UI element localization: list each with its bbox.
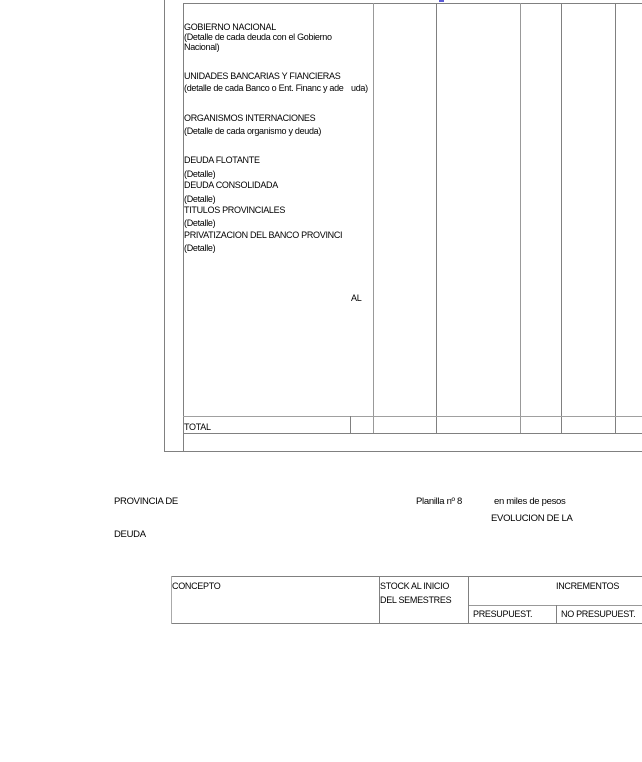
row-titulos-title: TITULOS PROVINCIALES: [184, 205, 285, 215]
stock-header-line1: STOCK AL INICIO: [380, 581, 449, 591]
row-privatizacion-title: PRIVATIZACION DEL BANCO PROVINCI: [184, 230, 342, 240]
no-presupuest-header: NO PRESUPUEST.: [561, 609, 635, 619]
evo-top-border: [171, 576, 642, 577]
row-gobierno-detail-1: (Detalle de cada deuda con el Gobierno: [184, 32, 332, 42]
planilla-number: Planilla nº 8: [416, 496, 462, 507]
row-titulos-detail: (Detalle): [184, 218, 215, 228]
evo-increments-split: [468, 605, 642, 606]
outer-frame-bottom: [164, 451, 642, 452]
deuda-label: DEUDA: [114, 529, 146, 540]
total-label: TOTAL: [184, 422, 211, 432]
row-consolidada-title: DEUDA CONSOLIDADA: [184, 180, 278, 190]
al-label: AL: [351, 293, 361, 303]
row-organismos-detail: (Detalle de cada organismo y deuda): [184, 126, 321, 136]
row-privatizacion-detail: (Detalle): [184, 243, 215, 253]
row-consolidada-detail: (Detalle): [184, 194, 215, 204]
evo-bottom-border: [171, 623, 642, 624]
evolucion-label: EVOLUCION DE LA: [491, 513, 573, 524]
col-divider-3: [520, 3, 521, 433]
col-divider-5: [615, 3, 616, 433]
presupuest-header: PRESUPUEST.: [473, 609, 532, 619]
concepto-header: CONCEPTO: [172, 581, 220, 591]
col-divider-2: [436, 3, 437, 433]
provincia-label: PROVINCIA DE: [114, 496, 178, 507]
outer-frame-left: [164, 0, 165, 451]
row-flotante-title: DEUDA FLOTANTE: [184, 155, 260, 165]
row-organismos-title: ORGANISMOS INTERNACIONES: [184, 113, 315, 123]
row-gobierno-detail-2: Nacional): [184, 42, 219, 52]
evo-col-divider-3: [556, 605, 557, 623]
evo-col-divider-2: [468, 576, 469, 624]
row-unidades-title: UNIDADES BANCARIAS Y FIANCIERAS: [184, 71, 340, 81]
total-subdivider: [350, 416, 351, 433]
selection-marker: [439, 0, 444, 2]
total-row-top: [183, 416, 642, 417]
row-gobierno-title: GOBIERNO NACIONAL: [184, 22, 276, 32]
table-top-border: [183, 3, 642, 4]
total-row-bottom: [183, 433, 642, 434]
stock-header-line2: DEL SEMESTRES: [380, 595, 451, 605]
row-unidades-detail-overflow: uda): [351, 83, 368, 93]
row-flotante-detail: (Detalle): [184, 169, 215, 179]
row-unidades-detail: (detalle de cada Banco o Ent. Financ y a…: [184, 83, 344, 93]
unit-label: en miles de pesos: [494, 496, 565, 507]
col-divider-1: [373, 3, 374, 433]
col-divider-4: [561, 3, 562, 433]
incrementos-header: INCREMENTOS: [556, 581, 619, 591]
